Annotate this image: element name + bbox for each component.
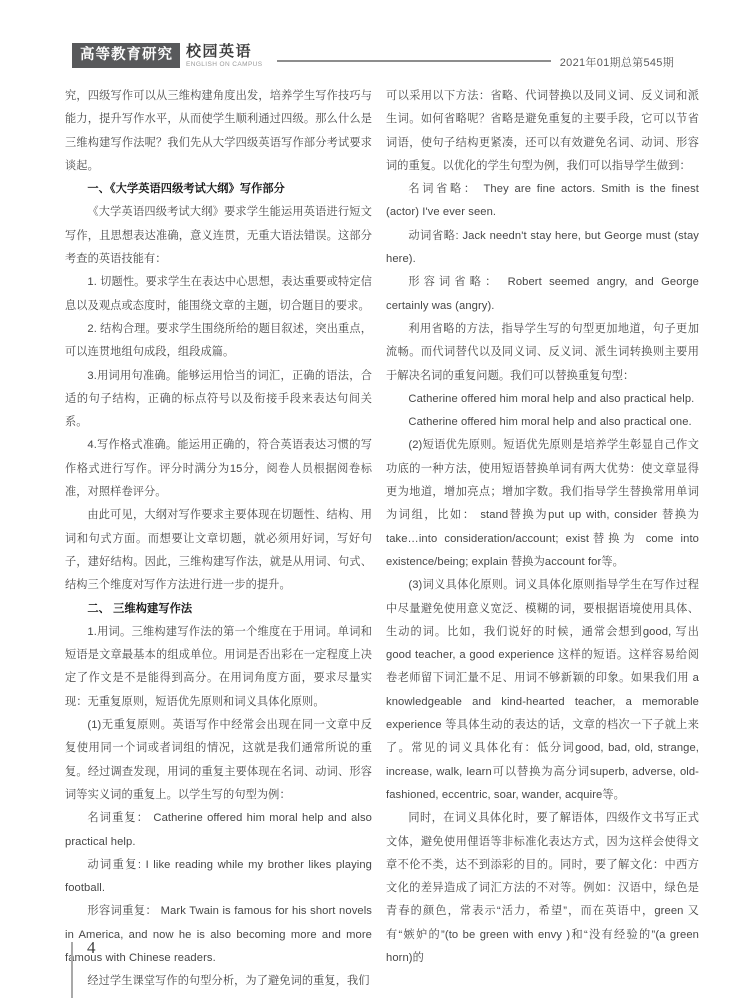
paragraph: 利用省略的方法，指导学生写的句型更加地道，句子更加流畅。而代词替代以及同义词、反… [386,318,699,388]
page-header: 高等教育研究 校园英语 ENGLISH ON CAMPUS 2021年01期总第… [72,43,674,70]
paragraph: Catherine offered him moral help and als… [386,388,699,411]
journal-page: 高等教育研究 校园英语 ENGLISH ON CAMPUS 2021年01期总第… [0,0,740,998]
paragraph: 名词重复： Catherine offered him moral help a… [65,807,372,854]
paragraph: 同时，在词义具体化时，要了解语体，四级作文书写正式文体，避免使用俚语等非标准化表… [386,807,699,970]
section-heading: 一、《大学英语四级考试大纲》写作部分 [65,178,372,201]
paragraph: 动词省略: Jack needn't stay here, but George… [386,225,699,272]
left-column: 究，四级写作可以从三维构建角度出发，培养学生写作技巧与能力，提升写作水平，从而使… [65,85,372,994]
article-body: 究，四级写作可以从三维构建角度出发，培养学生写作技巧与能力，提升写作水平，从而使… [65,85,699,994]
issue-info: 2021年01期总第545期 [560,54,674,70]
paragraph: 1.用词。三维构建写作法的第一个维度在于用词。单词和短语是文章最基本的组成单位。… [65,621,372,714]
journal-name: 校园英语 [186,44,263,59]
section-badge: 高等教育研究 [72,43,180,68]
paragraph: (3)词义具体化原则。词义具体化原则指导学生在写作过程中尽量避免使用意义宽泛、模… [386,574,699,807]
paragraph: 名词省略： They are fine actors. Smith is the… [386,178,699,225]
paragraph: 由此可见，大纲对写作要求主要体现在切题性、结构、用词和句式方面。而想要让文章切题… [65,504,372,597]
paragraph: (2)短语优先原则。短语优先原则是培养学生彰显自己作文功底的一种方法，使用短语替… [386,434,699,574]
paragraph: 《大学英语四级考试大纲》要求学生能运用英语进行短文写作，且思想表达准确，意义连贯… [65,201,372,271]
footer-rule [71,942,73,998]
paragraph: 3.用词用句准确。能够运用恰当的词汇，正确的语法，合适的句子结构，正确的标点符号… [65,365,372,435]
paragraph: 2. 结构合理。要求学生围绕所给的题目叙述，突出重点，可以连贯地组句成段，组段成… [65,318,372,365]
journal-subtitle: ENGLISH ON CAMPUS [186,61,263,68]
paragraph: 经过学生课堂写作的句型分析，为了避免词的重复，我们 [65,970,372,993]
journal-logo: 校园英语 ENGLISH ON CAMPUS [186,43,263,68]
paragraph: 究，四级写作可以从三维构建角度出发，培养学生写作技巧与能力，提升写作水平，从而使… [65,85,372,178]
paragraph: 形容词省略： Robert seemed angry, and George c… [386,271,699,318]
paragraph: 可以采用以下方法：省略、代词替换以及同义词、反义词和派生词。如何省略呢？省略是避… [386,85,699,178]
paragraph: (1)无重复原则。英语写作中经常会出现在同一文章中反复使用同一个词或者词组的情况… [65,714,372,807]
paragraph: 形容词重复： Mark Twain is famous for his shor… [65,900,372,970]
paragraph: 动词重复: I like reading while my brother li… [65,854,372,901]
paragraph: Catherine offered him moral help and als… [386,411,699,434]
page-number: 4 [87,938,96,958]
paragraph: 1. 切题性。要求学生在表达中心思想，表达重要或特定信息以及观点或态度时，能围绕… [65,271,372,318]
header-rule [277,60,551,62]
paragraph: 4.写作格式准确。能运用正确的，符合英语表达习惯的写作格式进行写作。评分时满分为… [65,434,372,504]
right-column: 可以采用以下方法：省略、代词替换以及同义词、反义词和派生词。如何省略呢？省略是避… [386,85,699,994]
section-heading: 二、 三维构建写作法 [65,598,372,621]
